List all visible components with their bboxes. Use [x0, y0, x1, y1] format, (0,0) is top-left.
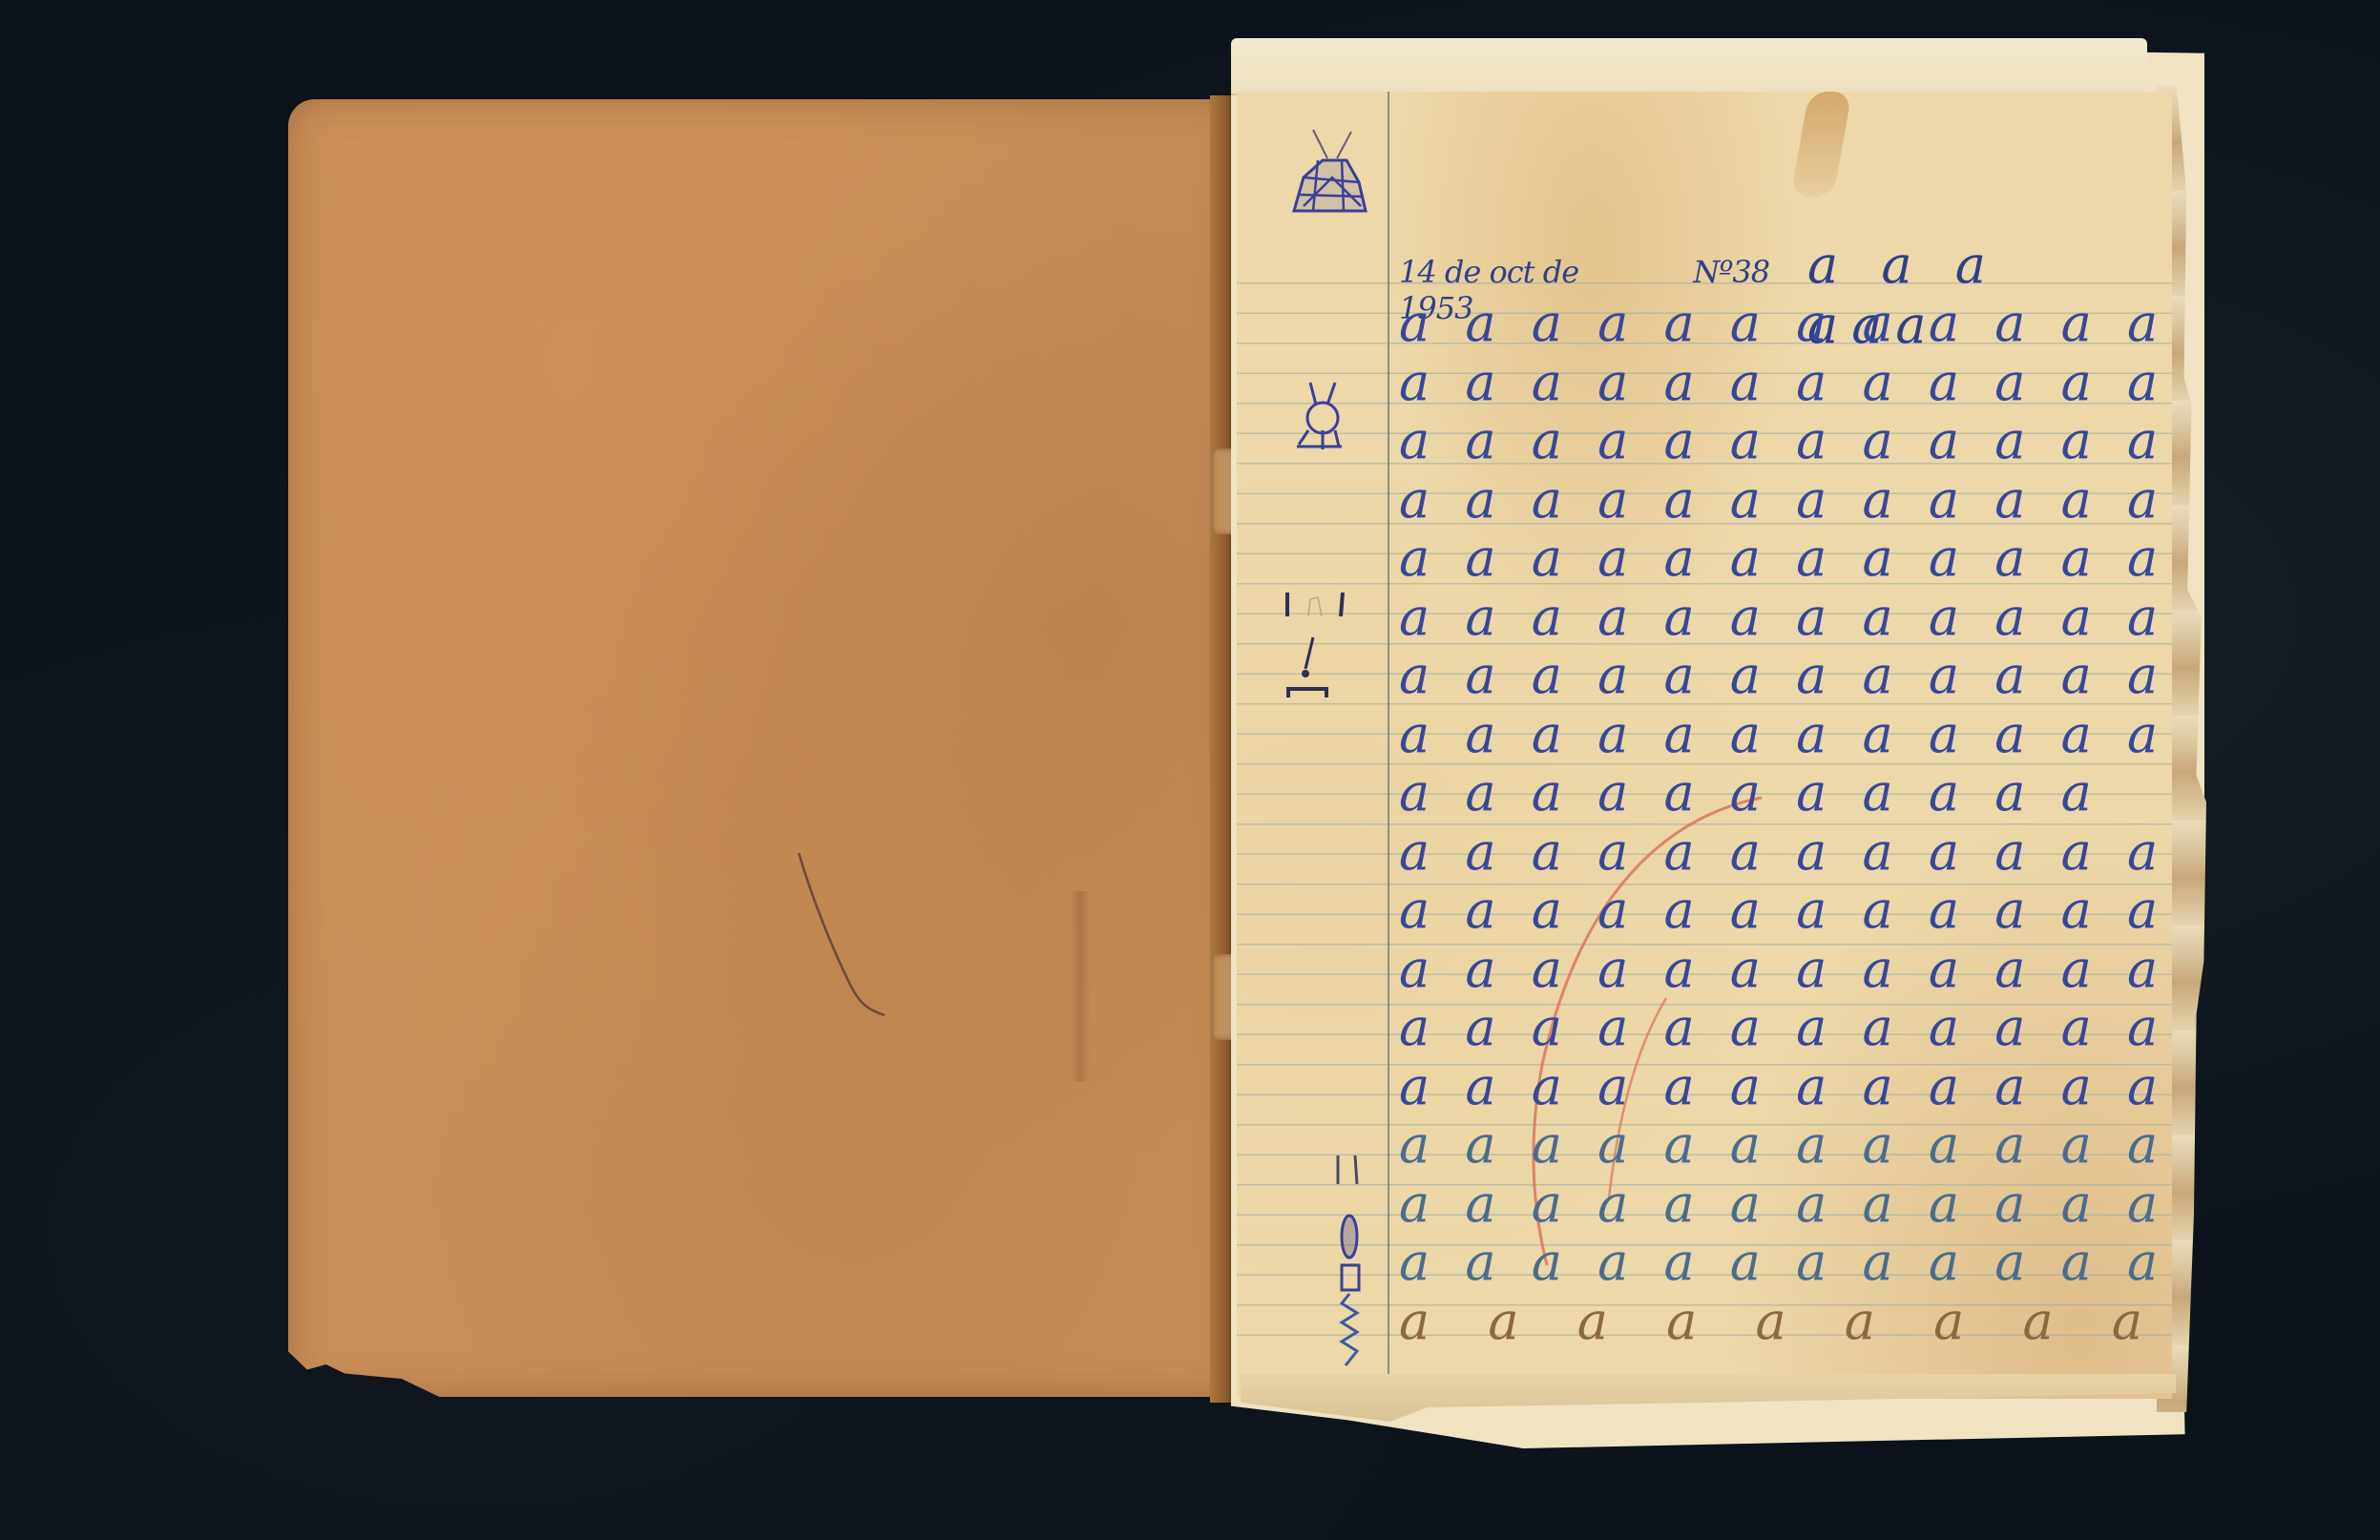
beetle-drawing-icon: [1275, 120, 1380, 225]
margin-line: [1388, 92, 1389, 1399]
arrow-drawing-icon: [1294, 635, 1323, 683]
lined-page: 14 de oct de 1953 Nº38 a a a aaa a a a a…: [1237, 92, 2172, 1399]
water-stain: [1790, 92, 1851, 197]
bug-face-drawing-icon: [1289, 378, 1356, 464]
cover-scratch-mark: [794, 843, 908, 1034]
tally-marks-icon: [1280, 588, 1356, 626]
double-tick-marks-icon: [1328, 1151, 1367, 1189]
practice-row: a a a a a a a a a a a a: [1399, 1115, 2153, 1175]
practice-row: a a a a a a a a a a a a: [1399, 998, 2153, 1057]
practice-row: a a a a a a a a a a a a: [1399, 1233, 2153, 1292]
pencil-practice-row: a a a a a a a a a a: [1399, 1292, 2153, 1351]
heading-row: 14 de oct de 1953 Nº38 a a a aaa: [1399, 235, 2153, 294]
practice-row: a a a a a a a a a a a a: [1399, 881, 2153, 940]
practice-row: a a a a a a a a a a a a: [1399, 1057, 2153, 1116]
practice-row: a a a a a a a a a a a a: [1399, 705, 2153, 764]
practice-row: a a a a a a a a a a a: [1399, 763, 2153, 822]
practice-row: a a a a a a a a a a a a a: [1399, 529, 2153, 588]
notebook-cover: [288, 99, 1233, 1397]
bracket-mark-icon: [1284, 683, 1332, 702]
practice-row: a a a a a a a a a a a a a: [1399, 588, 2153, 647]
practice-row: a a a a a a a a a a a a a a: [1399, 470, 2153, 530]
practice-row: a a a a a a a a a a a a a a: [1399, 411, 2153, 470]
page-top-strip: [1231, 38, 2147, 95]
practice-row: a a a a a a a a a a a a aaa: [1399, 294, 2153, 353]
handwriting-area: 14 de oct de 1953 Nº38 a a a aaa a a a a…: [1399, 235, 2153, 1350]
practice-row: a a a a a a a a a a a a a: [1399, 646, 2153, 705]
exercise-number: Nº38: [1693, 254, 1769, 290]
zigzag-vine-drawing-icon: [1332, 1208, 1370, 1380]
practice-row: a a a a a a a a a a a a: [1399, 1175, 2153, 1234]
practice-row: a a a a a a a a a a a a: [1399, 940, 2153, 999]
cover-crease: [1071, 891, 1090, 1082]
practice-row: a a a a a a a a a a a a a a: [1399, 353, 2153, 412]
practice-row: a a a a a a a a a a a a: [1399, 822, 2153, 882]
